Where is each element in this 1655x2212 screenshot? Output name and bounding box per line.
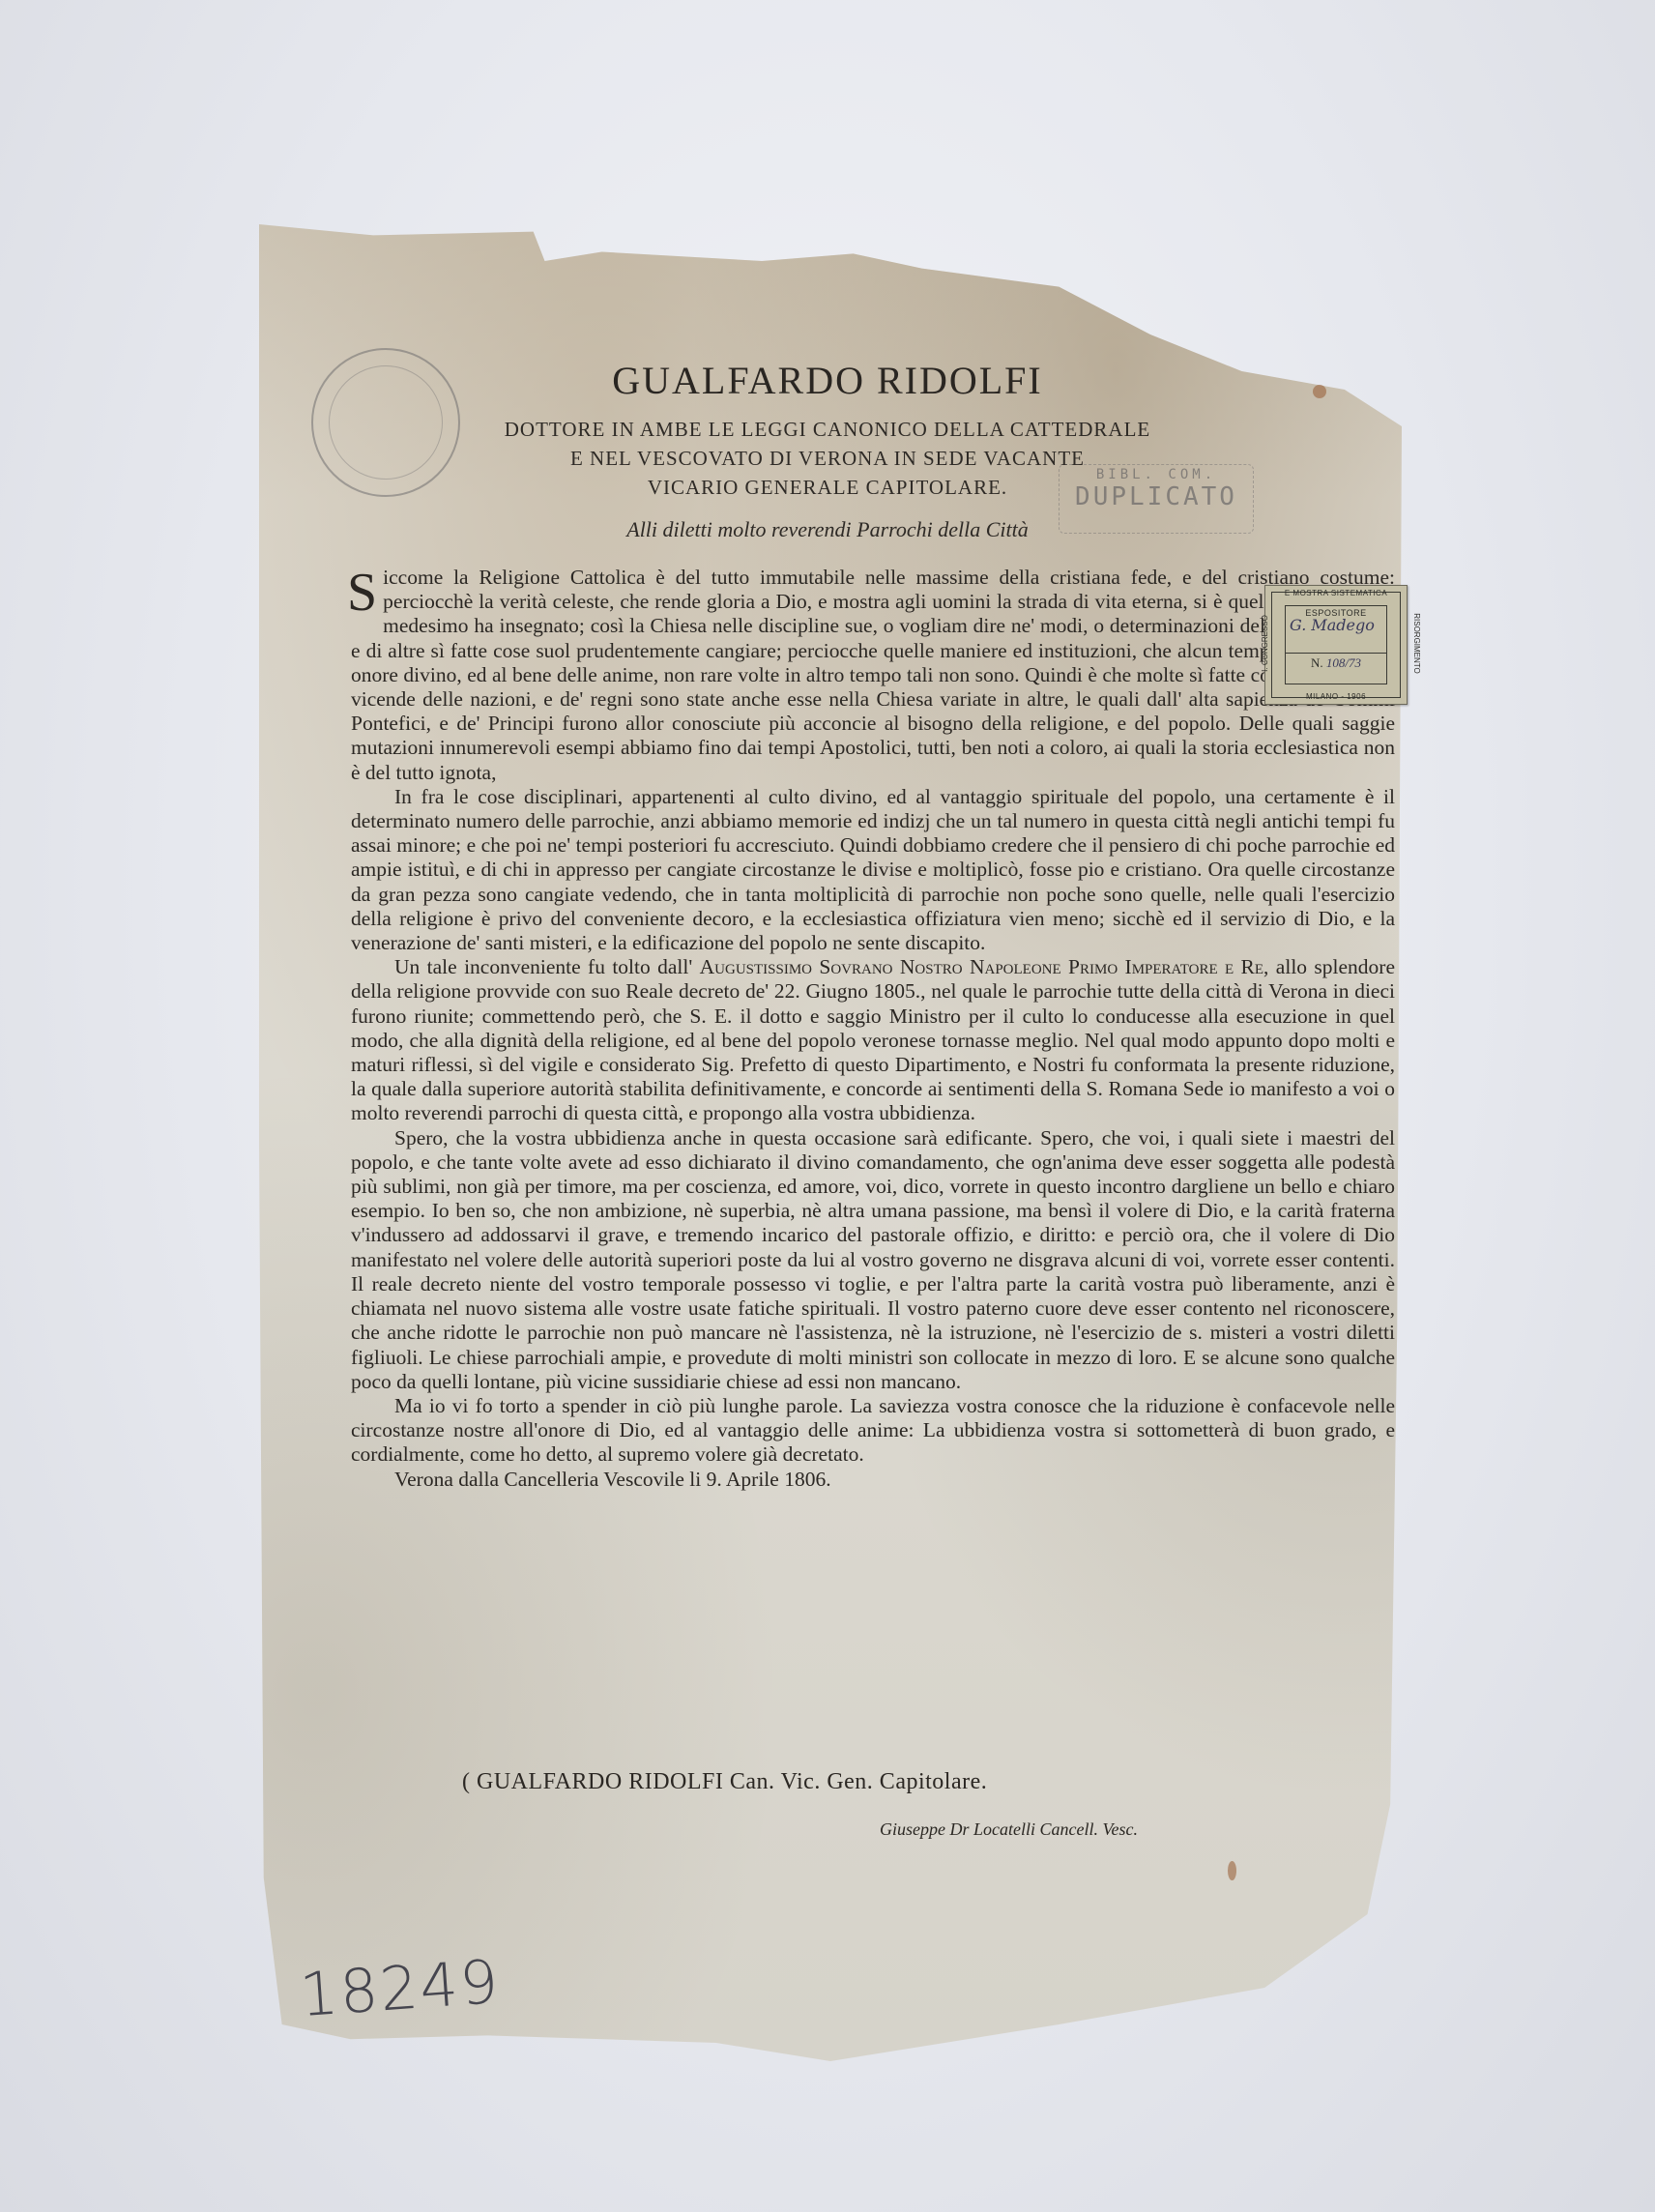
- number-value: 108/73: [1326, 655, 1361, 670]
- subtitle-line-3: VICARIO GENERALE CAPITOLARE.: [0, 476, 1655, 500]
- paragraph-1: Siccome la Religione Cattolica è del tut…: [351, 566, 1395, 785]
- exhibitor-name: G. Madego: [1290, 616, 1386, 634]
- rust-stain: [1228, 1861, 1236, 1880]
- addressee-line: Alli diletti molto reverendi Parrochi de…: [0, 517, 1655, 542]
- label-left-text: I. CONGRESSO: [1261, 615, 1269, 672]
- document-title: GUALFARDO RIDOLFI: [0, 358, 1655, 403]
- chancellor-signature: Giuseppe Dr Locatelli Cancell. Vesc.: [880, 1819, 1138, 1840]
- label-right-text: RISORGIMENTO: [1412, 613, 1421, 674]
- emperor-name: Augustissimo Sovrano Nostro Napoleone Pr…: [700, 955, 1263, 978]
- subtitle-line-2: E NEL VESCOVATO DI VERONA IN SEDE VACANT…: [0, 447, 1655, 471]
- number-prefix: N.: [1311, 655, 1323, 670]
- document-body: Siccome la Religione Cattolica è del tut…: [351, 566, 1395, 1492]
- label-bottom-text: MILANO - 1906: [1265, 692, 1407, 701]
- subtitle-line-1: DOTTORE IN AMBE LE LEGGI CANONICO DELLA …: [0, 418, 1655, 442]
- drop-cap: S: [347, 569, 377, 616]
- label-top-text: E MOSTRA SISTEMATICA: [1265, 589, 1407, 597]
- signature-line: ( GUALFARDO RIDOLFI Can. Vic. Gen. Capit…: [462, 1769, 987, 1795]
- label-number-row: N. 108/73: [1286, 653, 1386, 671]
- paragraph-3: Un tale inconveniente fu tolto dall' Aug…: [351, 955, 1395, 1125]
- exhibition-label: E MOSTRA SISTEMATICA I. CONGRESSO RISORG…: [1264, 585, 1408, 705]
- paragraph-4: Spero, che la vostra ubbidienza anche in…: [351, 1126, 1395, 1394]
- handwritten-inventory-number: 18249: [298, 1946, 503, 2030]
- paragraph-5: Ma io vi fo torto a spender in ciò più l…: [351, 1394, 1395, 1468]
- paragraph-2: In fra le cose disciplinari, appartenent…: [351, 785, 1395, 955]
- label-inner-box: ESPOSITORE G. Madego N. 108/73: [1285, 605, 1387, 684]
- date-line: Verona dalla Cancelleria Vescovile li 9.…: [351, 1468, 1395, 1492]
